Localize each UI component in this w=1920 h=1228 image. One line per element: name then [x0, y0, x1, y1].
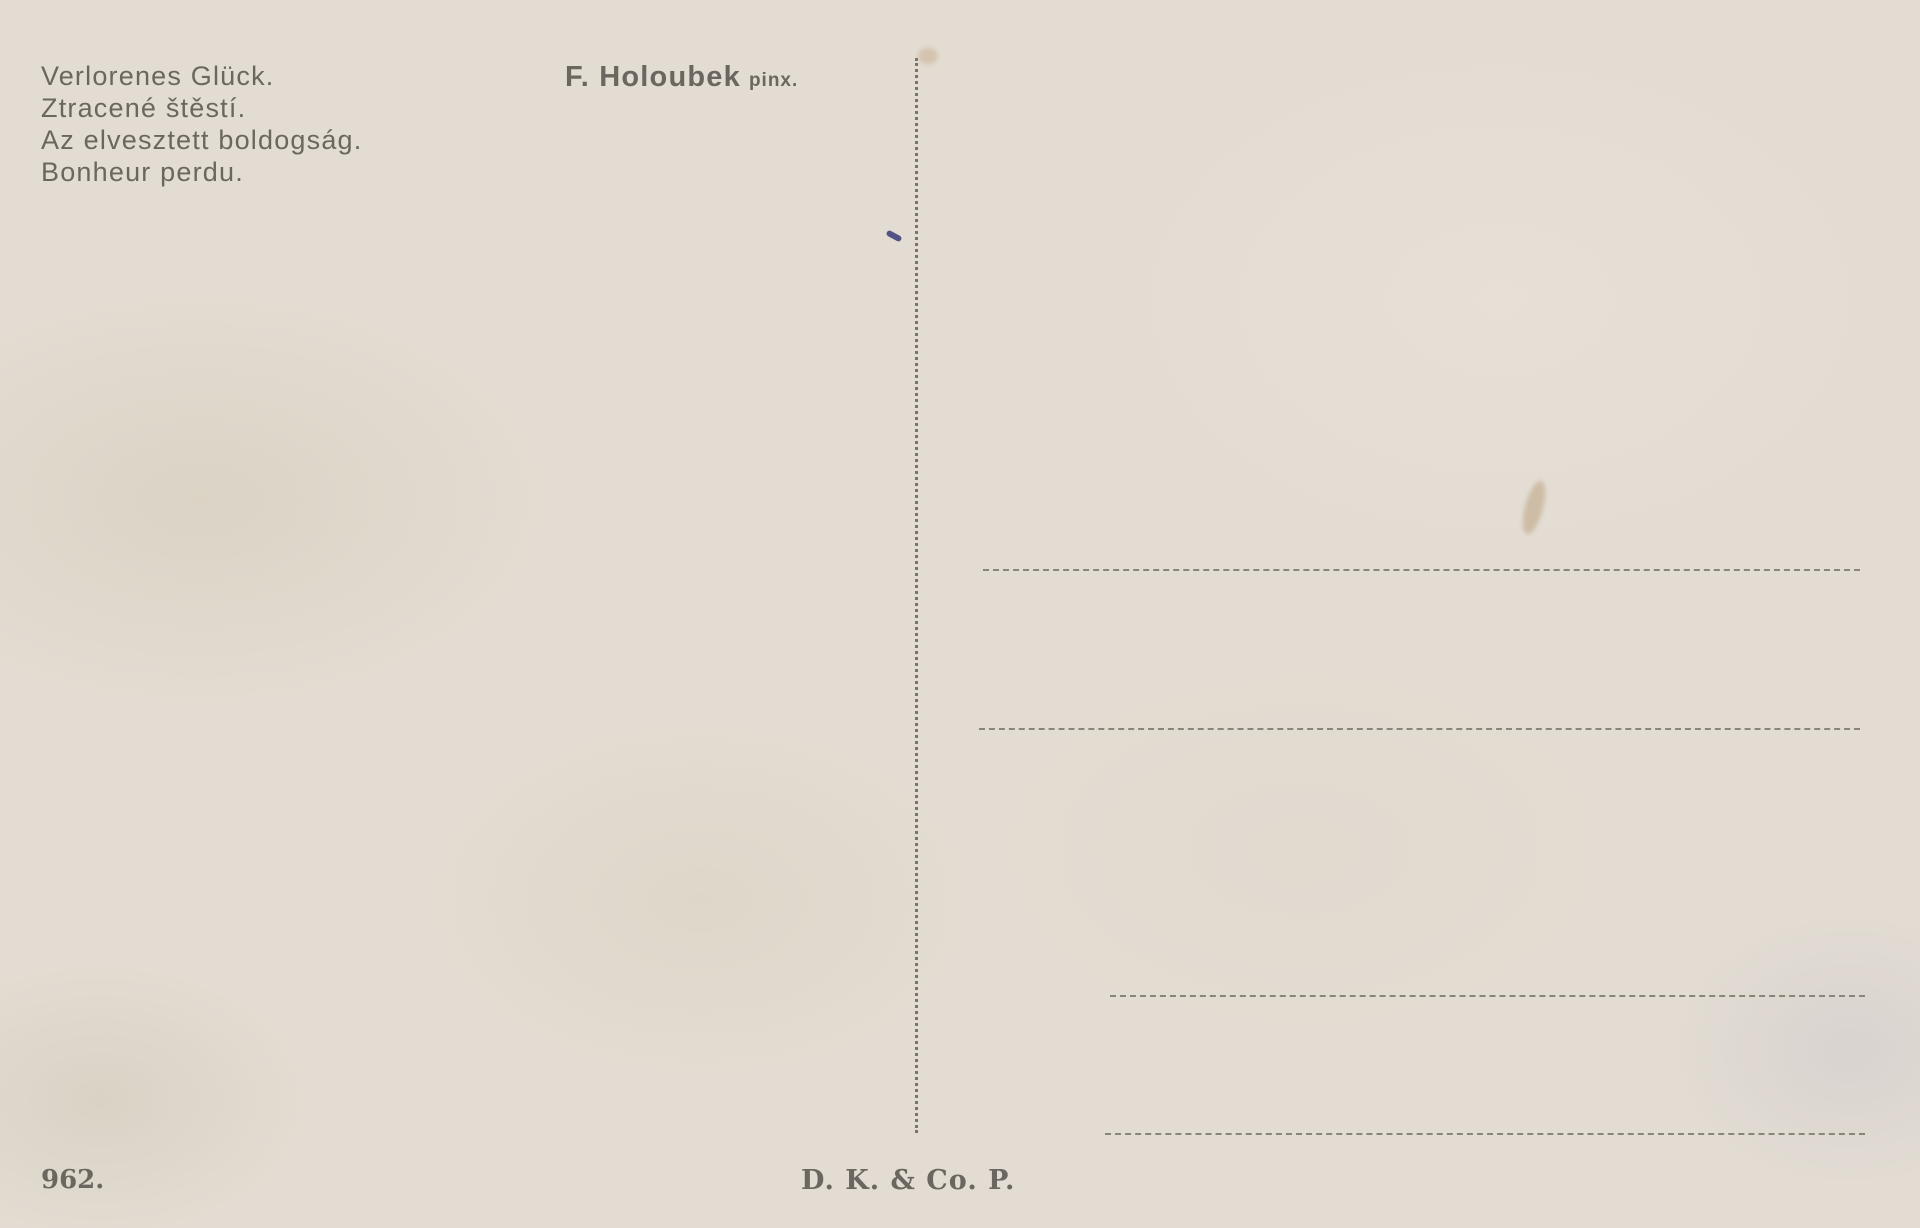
title-block: Verlorenes Glück. Ztracené štěstí. Az el… [41, 60, 362, 188]
address-line-4 [1105, 1133, 1865, 1135]
title-hungarian: Az elvesztett boldogság. [41, 124, 362, 156]
center-divider [915, 58, 918, 1133]
paper-stain [1518, 479, 1550, 537]
address-line-2 [979, 728, 1860, 730]
artist-name: F. Holoubek [565, 61, 741, 93]
title-french: Bonheur perdu. [41, 156, 362, 188]
artist-suffix: pinx. [749, 70, 798, 91]
publisher-mark: D. K. & Co. P. [801, 1165, 1015, 1196]
title-czech: Ztracené štěstí. [41, 92, 362, 124]
title-german: Verlorenes Glück. [41, 60, 362, 92]
artist-credit: F. Holoubekpinx. [565, 61, 798, 94]
ink-mark [886, 230, 903, 243]
catalog-number: 962. [41, 1165, 104, 1195]
postcard-back: Verlorenes Glück. Ztracené štěstí. Az el… [0, 0, 1920, 1228]
address-line-1 [983, 569, 1860, 571]
paper-stain [918, 48, 938, 64]
address-line-3 [1110, 995, 1865, 997]
